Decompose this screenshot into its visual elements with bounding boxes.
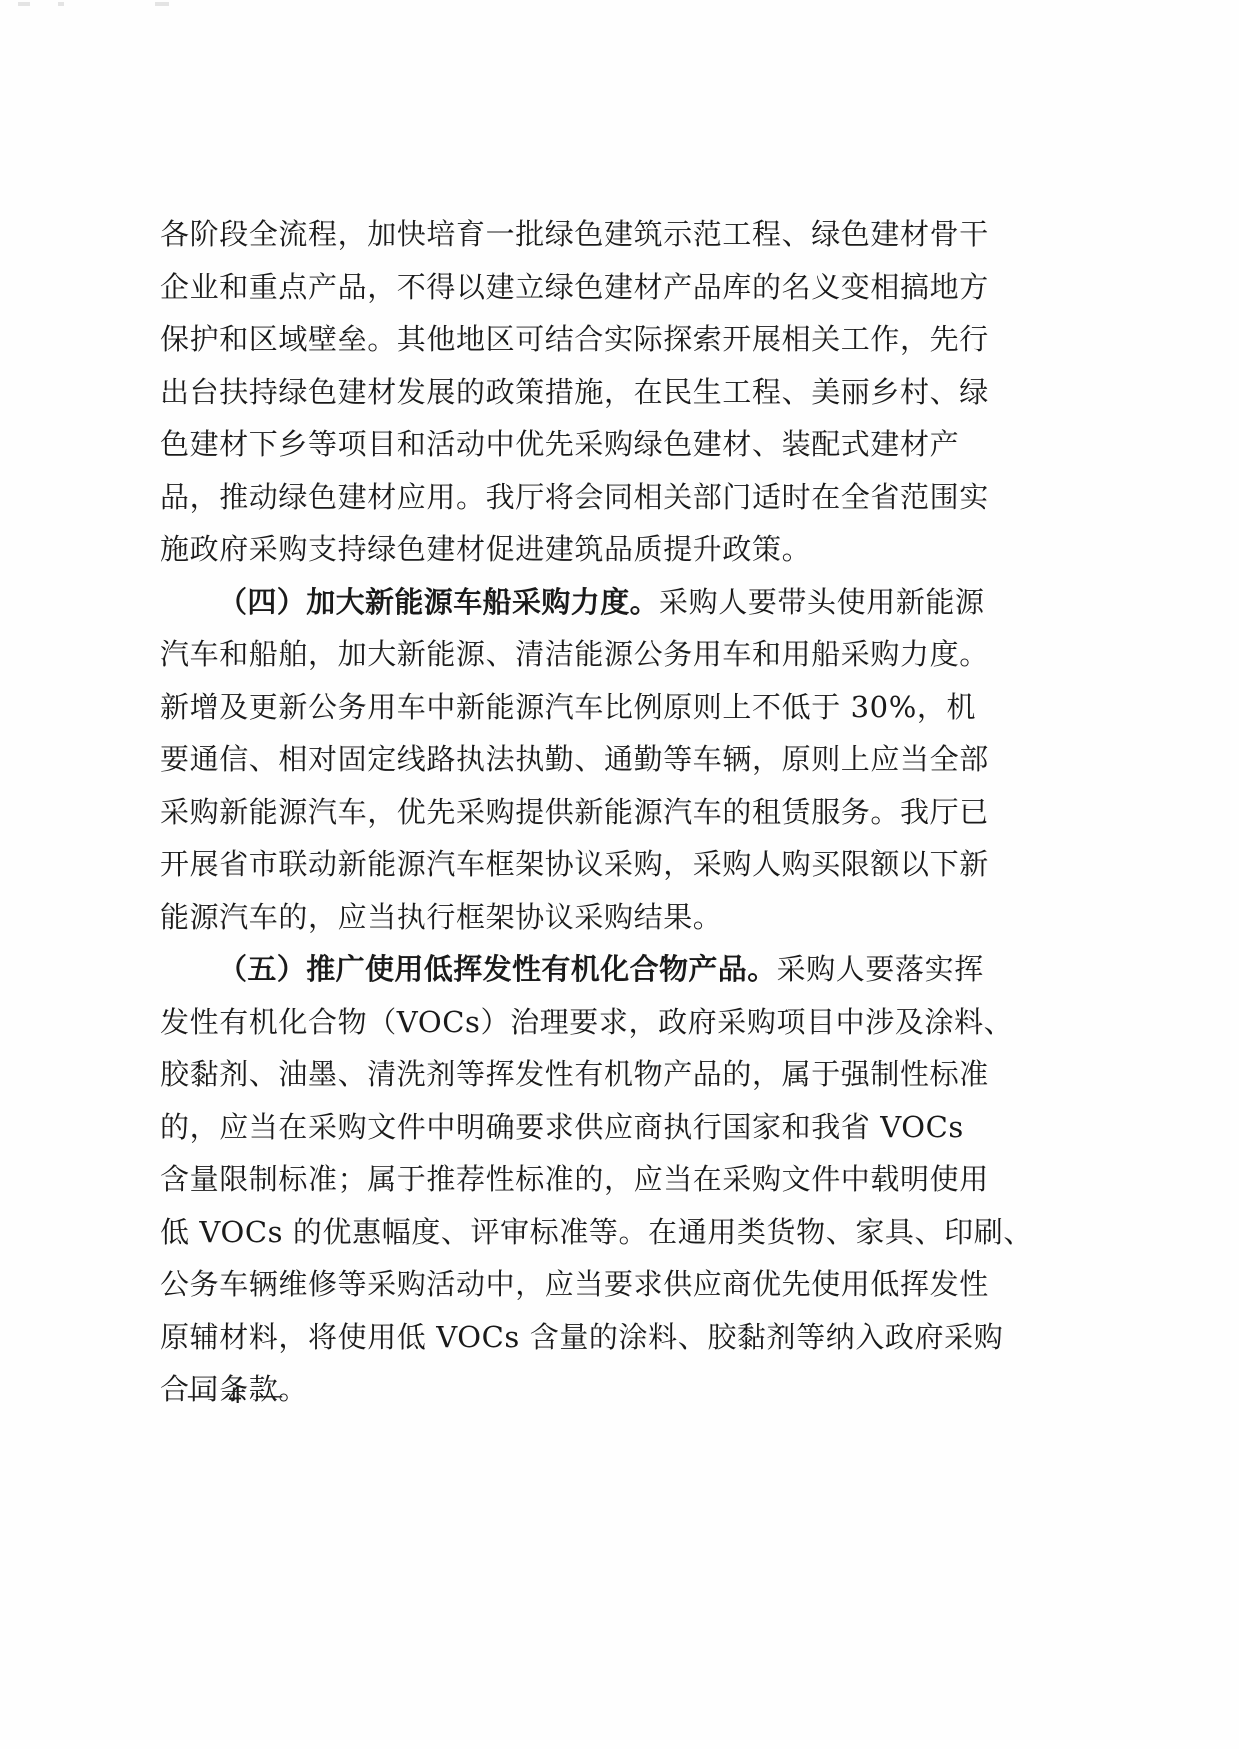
scan-speck	[155, 2, 169, 6]
text-line: 品，推动绿色建材应用。我厅将会同相关部门适时在全省范围实	[160, 471, 955, 524]
text-line: 的，应当在采购文件中明确要求供应商执行国家和我省 VOCs	[160, 1101, 955, 1154]
section-5-paragraph: （五）推广使用低挥发性有机化合物产品。采购人要落实挥 发性有机化合物（VOCs）…	[160, 943, 955, 1416]
text-line: 色建材下乡等项目和活动中优先采购绿色建材、装配式建材产	[160, 418, 955, 471]
section-4-first-line-text: 采购人要带头使用新能源	[659, 585, 985, 619]
text-line: 汽车和船舶，加大新能源、清洁能源公务用车和用船采购力度。	[160, 628, 955, 681]
text-line-first: （四）加大新能源车船采购力度。采购人要带头使用新能源	[160, 576, 955, 629]
text-line: 新增及更新公务用车中新能源汽车比例原则上不低于 30%，机	[160, 681, 955, 734]
body-text: 各阶段全流程，加快培育一批绿色建筑示范工程、绿色建材骨干 企业和重点产品，不得以…	[160, 208, 955, 1416]
text-line: 含量限制标准；属于推荐性标准的，应当在采购文件中载明使用	[160, 1153, 955, 1206]
section-4-heading: （四）加大新能源车船采购力度。	[218, 585, 659, 619]
page-number: — 4 —	[188, 1380, 286, 1410]
text-line: 开展省市联动新能源汽车框架协议采购，采购人购买限额以下新	[160, 838, 955, 891]
text-line: 低 VOCs 的优惠幅度、评审标准等。在通用类货物、家具、印刷、	[160, 1206, 955, 1259]
text-line: 公务车辆维修等采购活动中，应当要求供应商优先使用低挥发性	[160, 1258, 955, 1311]
text-line: 发性有机化合物（VOCs）治理要求，政府采购项目中涉及涂料、	[160, 996, 955, 1049]
text-line: 企业和重点产品，不得以建立绿色建材产品库的名义变相搞地方	[160, 261, 955, 314]
text-line-first: （五）推广使用低挥发性有机化合物产品。采购人要落实挥	[160, 943, 955, 996]
text-line: 胶黏剂、油墨、清洗剂等挥发性有机物产品的，属于强制性标准	[160, 1048, 955, 1101]
document-page: 各阶段全流程，加快培育一批绿色建筑示范工程、绿色建材骨干 企业和重点产品，不得以…	[0, 0, 1239, 1749]
text-line: 采购新能源汽车，优先采购提供新能源汽车的租赁服务。我厅已	[160, 786, 955, 839]
scan-speck	[18, 2, 30, 6]
text-line: 要通信、相对固定线路执法执勤、通勤等车辆，原则上应当全部	[160, 733, 955, 786]
section-4-paragraph: （四）加大新能源车船采购力度。采购人要带头使用新能源 汽车和船舶，加大新能源、清…	[160, 576, 955, 944]
text-line: 能源汽车的，应当执行框架协议采购结果。	[160, 891, 955, 944]
section-5-heading: （五）推广使用低挥发性有机化合物产品。	[218, 952, 777, 986]
text-line: 施政府采购支持绿色建材促进建筑品质提升政策。	[160, 523, 955, 576]
text-line: 原辅材料，将使用低 VOCs 含量的涂料、胶黏剂等纳入政府采购	[160, 1311, 955, 1364]
text-line: 保护和区域壁垒。其他地区可结合实际探索开展相关工作，先行	[160, 313, 955, 366]
text-line: 出台扶持绿色建材发展的政策措施，在民生工程、美丽乡村、绿	[160, 366, 955, 419]
section-5-first-line-text: 采购人要落实挥	[777, 952, 984, 986]
scan-speck	[58, 2, 64, 6]
text-line: 各阶段全流程，加快培育一批绿色建筑示范工程、绿色建材骨干	[160, 208, 955, 261]
paragraph-continuation: 各阶段全流程，加快培育一批绿色建筑示范工程、绿色建材骨干 企业和重点产品，不得以…	[160, 208, 955, 576]
